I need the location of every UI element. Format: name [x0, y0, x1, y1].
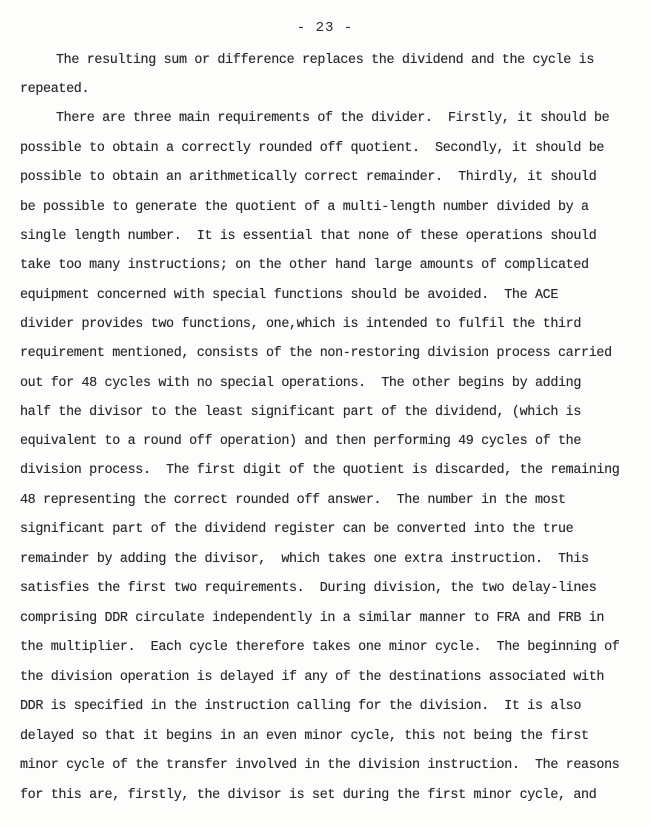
text-line: the division operation is delayed if any… — [20, 670, 604, 686]
text-line: equipment concerned with special functio… — [20, 288, 558, 304]
text-line: possible to obtain a correctly rounded o… — [20, 141, 604, 157]
text-line: single length number. It is essential th… — [20, 229, 596, 245]
text-line: 48 representing the correct rounded off … — [20, 493, 566, 509]
text-line: take too many instructions; on the other… — [20, 258, 589, 274]
text-line: requirement mentioned, consists of the n… — [20, 346, 612, 362]
text-line: satisfies the first two requirements. Du… — [20, 581, 596, 597]
text-line: be possible to generate the quotient of … — [20, 200, 589, 216]
text-line: the multiplier. Each cycle therefore tak… — [20, 640, 620, 656]
text-line: remainder by adding the divisor, which t… — [20, 552, 589, 568]
text-line: DDR is specified in the instruction call… — [20, 699, 581, 715]
text-line: The resulting sum or difference replaces… — [56, 53, 594, 69]
text-line: delayed so that it begins in an even min… — [20, 729, 589, 745]
page-number: - 23 - — [0, 20, 650, 36]
text-line: There are three main requirements of the… — [56, 111, 609, 127]
text-line: significant part of the dividend registe… — [20, 522, 573, 538]
text-line: minor cycle of the transfer involved in … — [20, 758, 620, 774]
text-line: repeated. — [20, 82, 89, 98]
text-line: for this are, firstly, the divisor is se… — [20, 788, 596, 804]
document-page: - 23 - The resulting sum or difference r… — [0, 0, 650, 827]
text-line: division process. The first digit of the… — [20, 463, 620, 479]
text-line: out for 48 cycles with no special operat… — [20, 376, 581, 392]
text-line: possible to obtain an arithmetically cor… — [20, 170, 596, 186]
text-line: equivalent to a round off operation) and… — [20, 434, 581, 450]
text-line: half the divisor to the least significan… — [20, 405, 581, 421]
text-line: divider provides two functions, one,whic… — [20, 317, 581, 333]
text-line: comprising DDR circulate independently i… — [20, 611, 604, 627]
